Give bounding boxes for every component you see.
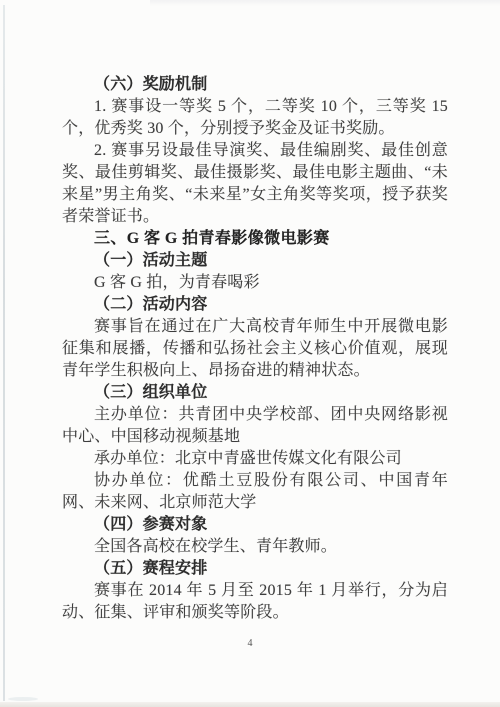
scanned-document-page: （六）奖励机制1. 赛事设一等奖 5 个，二等奖 10 个，三等奖 15 个，优… <box>0 0 500 707</box>
section-heading: （二）活动内容 <box>62 294 448 316</box>
scan-edge-bottom <box>0 702 500 707</box>
paragraph: 2. 赛事另设最佳导演奖、最佳编剧奖、最佳创意奖、最佳剪辑奖、最佳摄影奖、最佳电… <box>62 140 448 228</box>
section-heading: （四）参赛对象 <box>62 514 448 536</box>
page-number: 4 <box>0 638 500 649</box>
paragraph: 赛事旨在通过在广大高校青年师生中开展微电影征集和展播，传播和弘扬社会主义核心价值… <box>62 316 448 382</box>
paragraph: 主办单位：共青团中央学校部、团中央网络影视中心、中国移动视频基地 <box>62 404 448 448</box>
document-body: （六）奖励机制1. 赛事设一等奖 5 个，二等奖 10 个，三等奖 15 个，优… <box>62 74 448 624</box>
paragraph: G 客 G 拍，为青春喝彩 <box>62 272 448 294</box>
paragraph: 1. 赛事设一等奖 5 个，二等奖 10 个，三等奖 15 个，优秀奖 30 个… <box>62 96 448 140</box>
paragraph: 全国各高校在校学生、青年教师。 <box>62 536 448 558</box>
section-heading: （一）活动主题 <box>62 250 448 272</box>
paragraph: 承办单位：北京中青盛世传媒文化有限公司 <box>62 448 448 470</box>
section-heading: （六）奖励机制 <box>62 74 448 96</box>
scan-smudge <box>8 697 38 701</box>
paragraph: 协办单位：优酷土豆股份有限公司、中国青年网、未来网、北京师范大学 <box>62 470 448 514</box>
section-heading: 三、G 客 G 拍青春影像微电影赛 <box>62 228 448 250</box>
paragraph: 赛事在 2014 年 5 月至 2015 年 1 月举行，分为启动、征集、评审和… <box>62 580 448 624</box>
scan-edge-left <box>3 5 5 701</box>
section-heading: （五）赛程安排 <box>62 558 448 580</box>
scan-edge-top <box>150 0 500 6</box>
section-heading: （三）组织单位 <box>62 382 448 404</box>
